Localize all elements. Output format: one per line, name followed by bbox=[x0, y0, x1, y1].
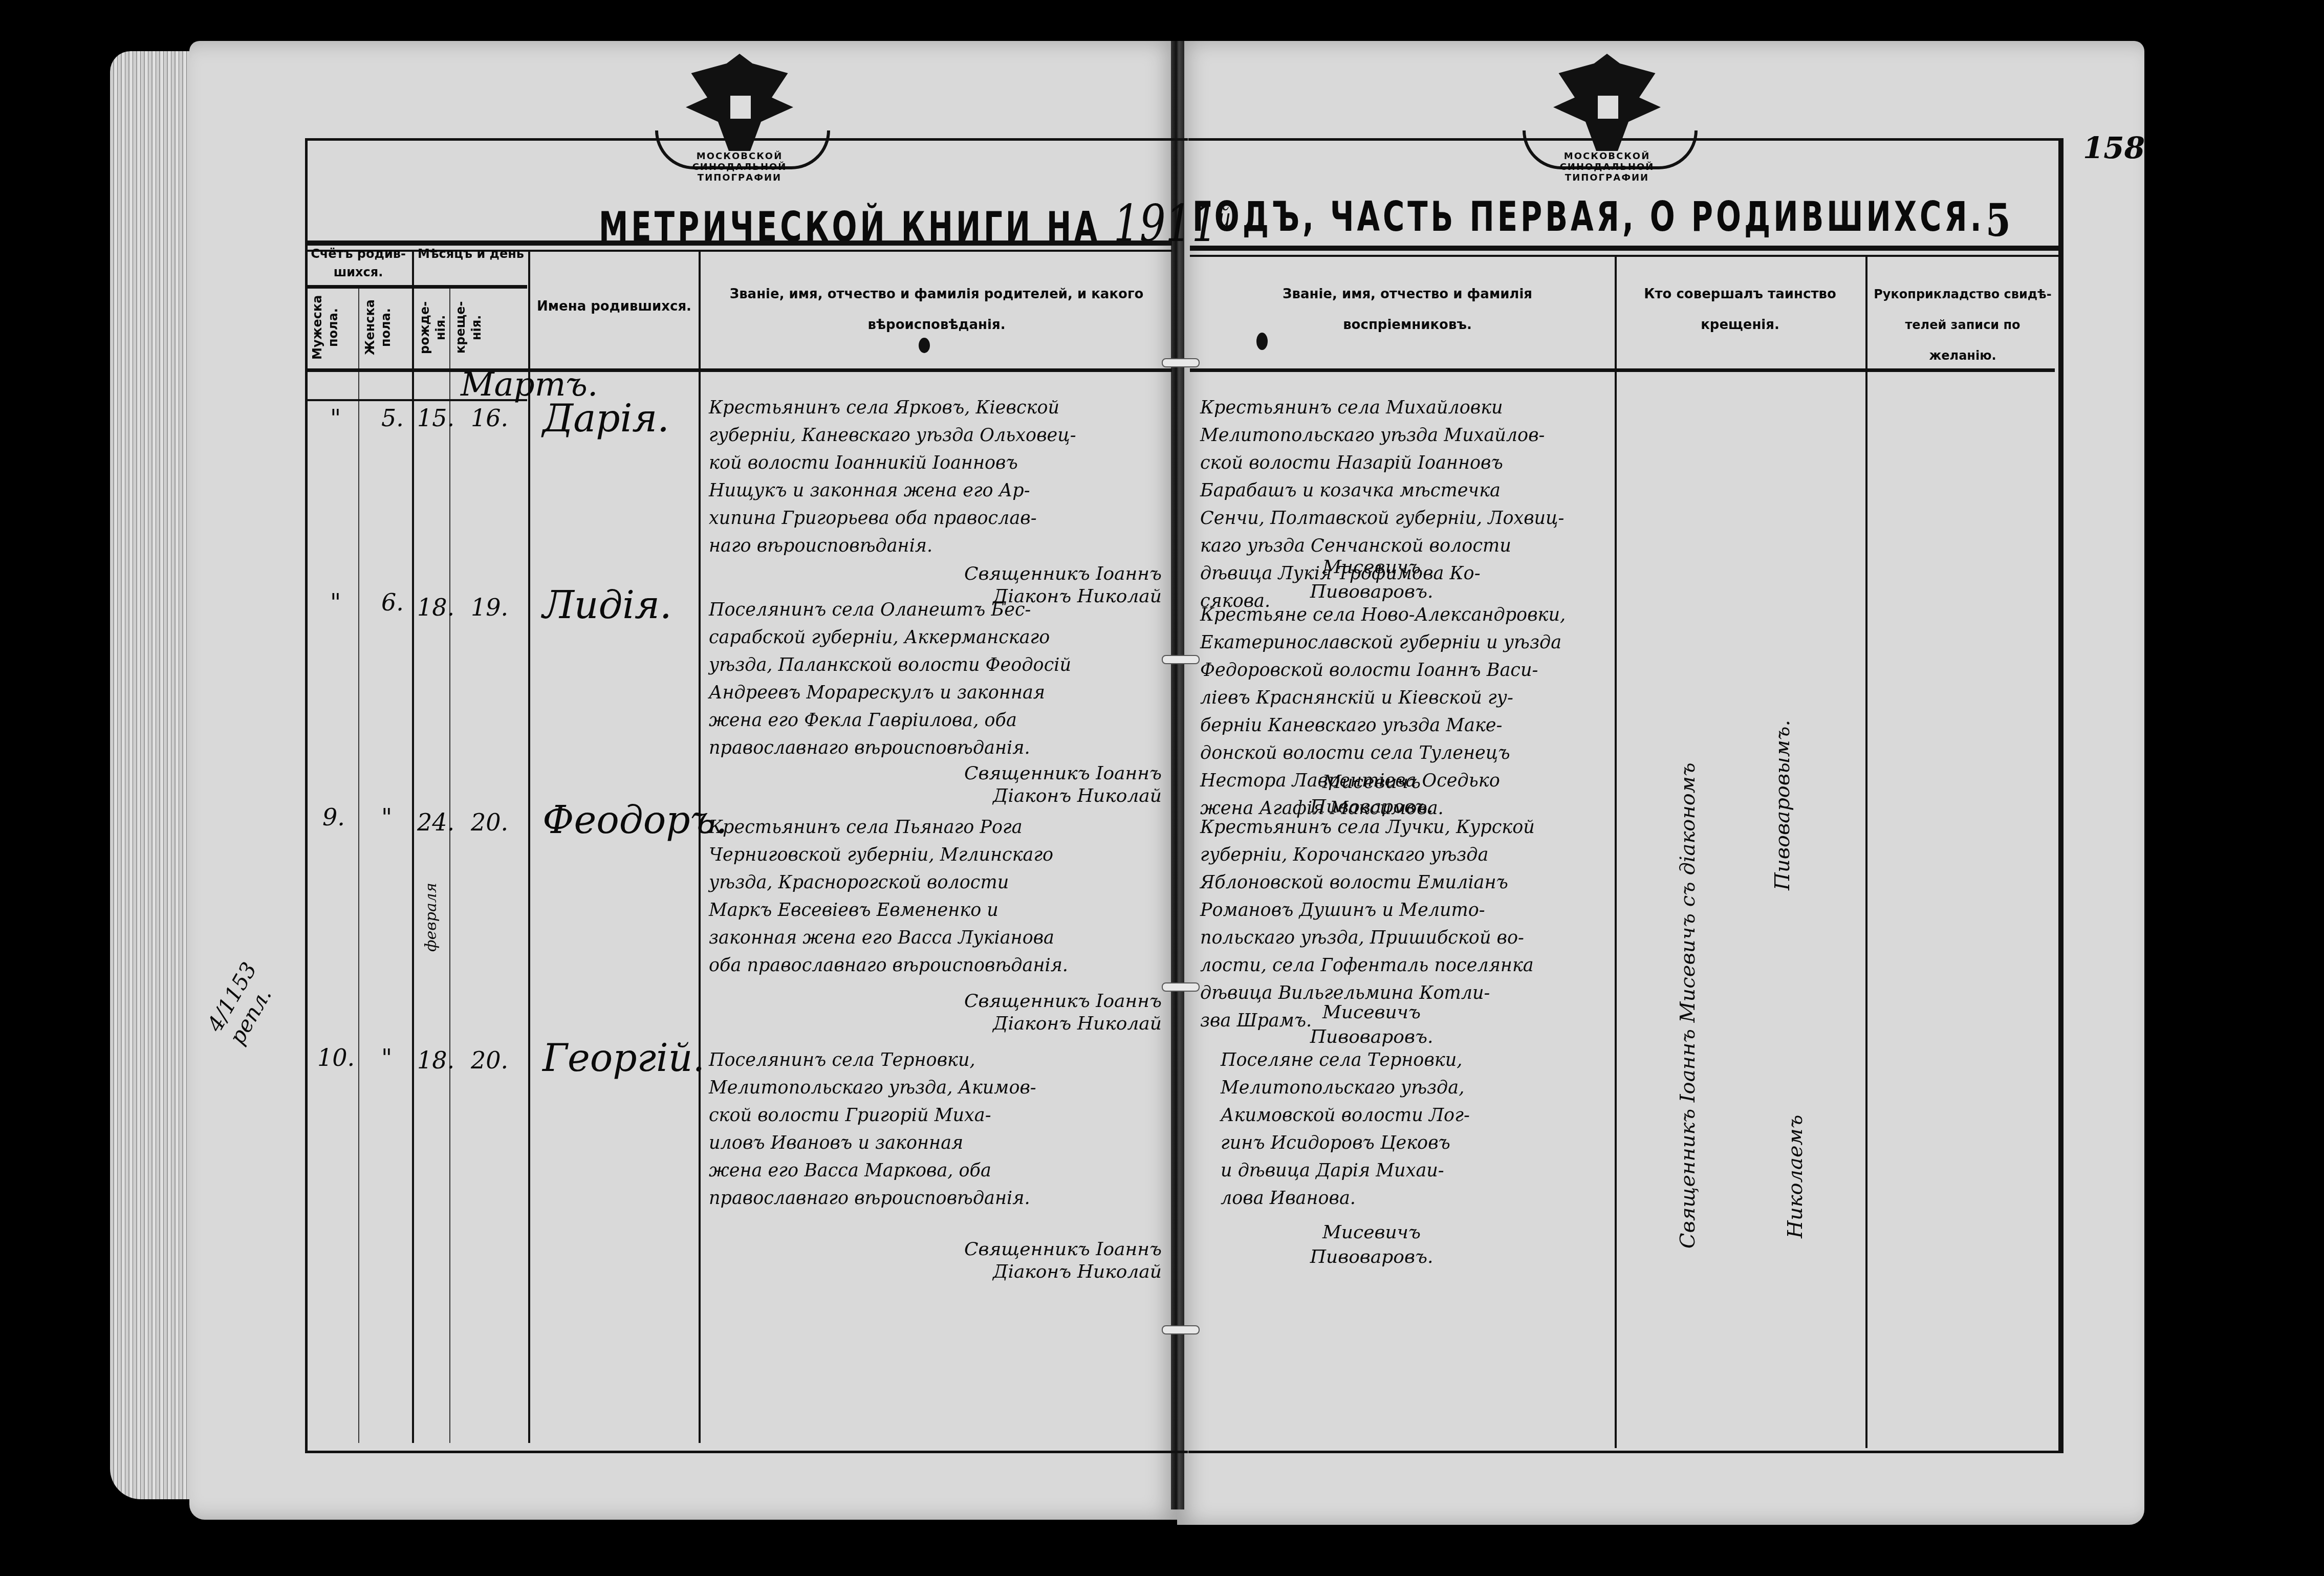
child-name: Лидія. bbox=[542, 583, 672, 627]
parents-text: Поселянинъ села Терновки, Мелитопольскаг… bbox=[709, 1046, 1169, 1212]
female-number: " bbox=[381, 1044, 392, 1071]
parents-text: Поселянинъ села Оланештъ Бес- сарабской … bbox=[709, 596, 1169, 762]
header-birth-date: рожде-нія. bbox=[417, 292, 448, 363]
subheader-rule bbox=[307, 285, 527, 289]
baptism-day: 16. bbox=[471, 404, 508, 432]
folio-number: 158 bbox=[2083, 130, 2145, 165]
column-divider bbox=[699, 251, 701, 1443]
male-number: " bbox=[330, 588, 341, 616]
birth-day: 15. bbox=[417, 404, 454, 432]
page-title-right: ГОДЪ, ЧАСТЬ ПЕРВАЯ, О РОДИВШИХСЯ. bbox=[1192, 193, 1985, 241]
column-divider bbox=[358, 287, 359, 1443]
female-number: " bbox=[381, 803, 392, 831]
baptism-day: 20. bbox=[471, 1046, 508, 1074]
godparent-signature: Мисевичъ Пивоваровъ. bbox=[1269, 1220, 1474, 1269]
male-number: 9. bbox=[322, 803, 345, 831]
birth-day: 24. bbox=[417, 808, 454, 836]
godparent-signature: Мисевичъ Пивоваровъ. bbox=[1269, 555, 1474, 604]
column-divider bbox=[1615, 256, 1617, 1448]
child-name: Феодоръ. bbox=[542, 798, 727, 842]
clergy-signature: Священникъ Іоаннъ Діаконъ Николай bbox=[870, 990, 1162, 1035]
header-female: Женска пола. bbox=[362, 292, 408, 363]
header-parents: Званіе, имя, отчество и фамилія родителе… bbox=[706, 279, 1167, 340]
page-number: 5 bbox=[1986, 193, 2011, 247]
baptism-day: 19. bbox=[471, 594, 508, 621]
child-name: Дарія. bbox=[542, 397, 669, 441]
header-witnesses: Рукоприкладство свидѣ-телей записи по же… bbox=[1871, 279, 2055, 371]
header-rule bbox=[1190, 246, 2060, 251]
header-month-day: Мѣсяцъ и день bbox=[415, 245, 527, 263]
ink-blot bbox=[919, 338, 930, 353]
header-godparents: Званіе, имя, отчество и фамилія воспріем… bbox=[1228, 279, 1587, 340]
column-divider bbox=[1865, 256, 1867, 1448]
header-baptism-date: креще-нія. bbox=[453, 292, 525, 363]
baptism-day: 20. bbox=[471, 808, 508, 836]
header-names: Имена родившихся. bbox=[532, 294, 696, 319]
ink-blot bbox=[1256, 333, 1268, 350]
godparents-text: Поселяне села Терновки, Мелитопольскаго … bbox=[1221, 1046, 1610, 1212]
column-divider bbox=[412, 251, 414, 1443]
female-number: 5. bbox=[381, 404, 404, 432]
book-page-edges bbox=[110, 51, 197, 1499]
male-number: 10. bbox=[317, 1044, 355, 1071]
parents-text: Крестьянинъ села Ярковъ, Кіевской губерн… bbox=[709, 394, 1169, 560]
parents-text: Крестьянинъ села Пьянаго Рога Черниговск… bbox=[709, 814, 1169, 979]
child-name: Георгій. bbox=[542, 1036, 705, 1080]
male-number: " bbox=[330, 404, 341, 432]
godparent-signature: Мисевичъ Пивоваровъ. bbox=[1269, 1000, 1474, 1049]
birth-month-note: февраля bbox=[422, 849, 440, 952]
witness-text-2: Николаемъ bbox=[1784, 1023, 1807, 1238]
header-performer: Кто совершалъ таинство крещенія. bbox=[1620, 279, 1860, 340]
header-rule bbox=[1190, 255, 2060, 257]
clergy-signature: Священникъ Іоаннъ Діаконъ Николай bbox=[870, 1238, 1162, 1283]
birth-day: 18. bbox=[417, 1046, 454, 1074]
clergy-signature: Священникъ Іоаннъ Діаконъ Николай bbox=[870, 762, 1162, 807]
header-male: Мужеска пола. bbox=[310, 292, 356, 363]
godparent-signature: Мисевичъ Пивоваровъ. bbox=[1269, 770, 1474, 819]
column-divider bbox=[449, 287, 450, 1443]
birth-day: 18. bbox=[417, 594, 454, 621]
column-divider bbox=[528, 251, 530, 1443]
performer-text: Священникъ Іоаннъ Мисевичъ съ діакономъ bbox=[1676, 450, 1700, 1249]
header-bottom-rule bbox=[307, 368, 1172, 372]
header-count: Счётъ родив-шихся. bbox=[307, 245, 409, 281]
witness-text-1: Пивоваровымъ. bbox=[1771, 655, 1794, 890]
female-number: 6. bbox=[381, 588, 404, 616]
